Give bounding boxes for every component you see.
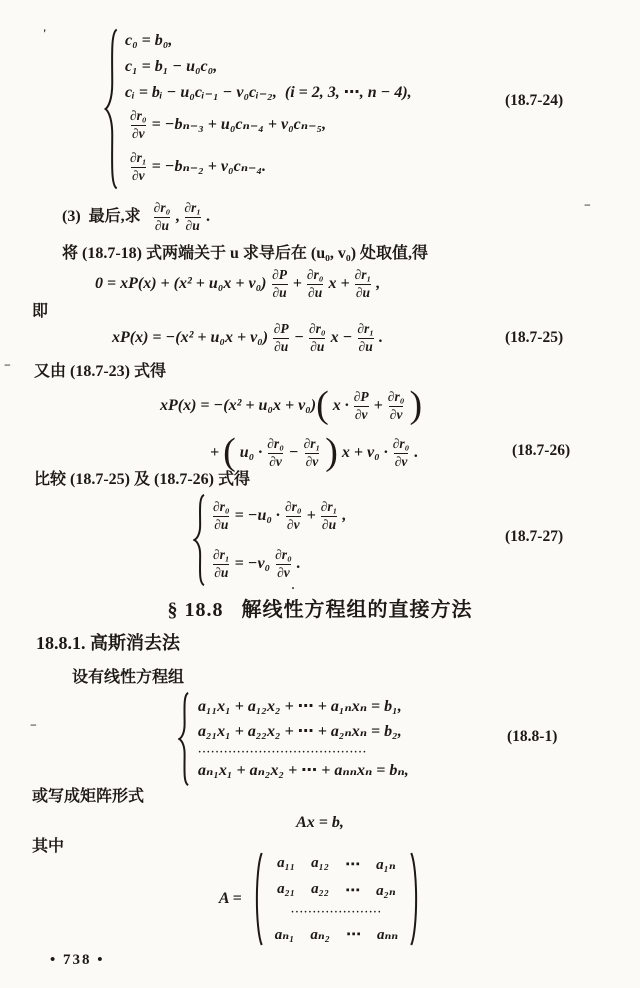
fraction-dr0-dv: ∂r₀∂v [388, 389, 405, 424]
formula-text: a₁₁x₁ + a₁₂x₂ + ⋯ + a₁ₙxₙ = b₁, [198, 696, 402, 718]
paragraph-from-18-7-23: 又由 (18.7-23) 式得 [34, 361, 166, 383]
fraction-numerator: ∂r₁ [130, 150, 147, 167]
ellipsis-row: ····················· [291, 907, 382, 918]
paragraph-compare: 比较 (18.7-25) 及 (18.7-26) 式得 [34, 469, 250, 491]
fraction-denominator: ∂u [154, 217, 170, 235]
punctuation: . [379, 327, 383, 349]
fraction-dP-dv: ∂P∂v [354, 389, 369, 424]
fraction-numerator: ∂r₀ [307, 267, 324, 284]
equation-number-18-7-24: (18.7-24) [505, 92, 563, 110]
fraction-denominator: ∂v [389, 406, 404, 424]
fraction-dr0-du: ∂r₀∂u [213, 499, 230, 534]
period: . [206, 206, 210, 228]
fraction-dr1-du: ∂r₁∂u [184, 200, 201, 235]
formula-text: 0 = xP(x) + (x² + u₀x + v₀) [95, 273, 267, 295]
left-brace [193, 494, 206, 586]
formula-dr0-dv: ∂r₀∂v = −bₙ₋₃ + u₀cₙ₋₄ + v₀cₙ₋₅, [125, 104, 412, 146]
matrix-cell: a₂ₙ [376, 881, 396, 900]
scan-artifact-dash: − [4, 358, 11, 373]
fraction-numerator: ∂r₀ [393, 436, 410, 453]
fraction-dr1-dv: ∂r₁∂v [304, 436, 321, 471]
formula-text: xP(x) = −(x² + u₀x + v₀) [160, 395, 316, 417]
matrix-rows: a₁₁a₁₂⋯a₁ₙ a₂₁a₂₂⋯a₂ₙ ··················… [275, 855, 398, 944]
matrix-lhs: A = [219, 888, 242, 910]
equation-18-7-26-line1: xP(x) = −(x² + u₀x + v₀) ( x · ∂P∂v + ∂r… [160, 383, 422, 429]
fraction-numerator: ∂r₀ [213, 499, 230, 516]
fraction-dP-du: ∂P∂u [273, 321, 289, 356]
fraction-numerator: ∂r₁ [357, 321, 374, 338]
fraction-denominator: ∂v [268, 453, 283, 471]
operator: + [307, 505, 316, 527]
fraction-denominator: ∂u [358, 338, 374, 356]
fraction-denominator: ∂u [185, 217, 201, 235]
fraction-numerator: ∂r₁ [213, 547, 230, 564]
formula-text: x · [329, 395, 349, 417]
equation-18-7-25: xP(x) = −(x² + u₀x + v₀) ∂P∂u − ∂r₀∂u x … [112, 316, 383, 360]
formula-dr1-dv: ∂r₁∂v = −bₙ₋₂ + v₀cₙ₋₄. [125, 146, 412, 188]
fraction-denominator: ∂u [213, 516, 229, 534]
fraction-denominator: ∂v [354, 406, 369, 424]
matrix-cell: aₙ₁ [275, 925, 295, 944]
subsection-heading: 18.8.1. 高斯消去法 [36, 629, 180, 655]
formula-text: c₁ = b₁ − u₀c₀, [125, 56, 217, 78]
formula-text: cᵢ = bᵢ − u₀cᵢ₋₁ − v₀cᵢ₋₂, (i = 2, 3, ⋯,… [125, 82, 412, 104]
fraction-numerator: ∂r₀ [285, 499, 302, 516]
formula-text: u₀ · [236, 442, 262, 464]
punctuation: , [376, 273, 380, 295]
fraction-denominator: ∂v [131, 125, 146, 143]
fraction-numerator: ∂r₀ [388, 389, 405, 406]
formula-ci-recurrence: cᵢ = bᵢ − u₀cᵢ₋₁ − v₀cᵢ₋₂, (i = 2, 3, ⋯,… [125, 82, 412, 104]
fraction-dr0-dv: ∂r₀∂v [393, 436, 410, 471]
equation-ax-equals-b: Ax = b, [0, 812, 640, 834]
equation-block-18-8-1: a₁₁x₁ + a₁₂x₂ + ⋯ + a₁ₙxₙ = b₁, a₂₁x₁ + … [178, 692, 409, 786]
linear-equation-row1: a₁₁x₁ + a₁₂x₂ + ⋯ + a₁ₙxₙ = b₁, [198, 696, 409, 718]
fraction-dr0-dv: ∂r₀∂v [267, 436, 284, 471]
matrix-cell: a₂₂ [311, 881, 329, 900]
equation-number-18-7-25: (18.7-25) [505, 329, 563, 347]
formula-text: = −bₙ₋₃ + u₀cₙ₋₄ + v₀cₙ₋₅, [152, 114, 326, 136]
paragraph-step-3: (3) 最后,求 ∂r₀∂u , ∂r₁∂u . [62, 196, 210, 238]
fraction-dr1-du: ∂r₁∂u [213, 547, 230, 582]
matrix-row: a₁₁a₁₂⋯a₁ₙ [277, 855, 396, 874]
fraction-numerator: ∂r₀ [154, 200, 171, 217]
linear-equation-row2: a₂₁x₁ + a₂₂x₂ + ⋯ + a₂ₙxₙ = b₂, [198, 721, 409, 743]
fraction-denominator: ∂v [305, 453, 320, 471]
fraction-dr0-du: ∂r₀∂u [307, 267, 324, 302]
fraction-dr1-du: ∂r₁∂u [357, 321, 374, 356]
fraction-denominator: ∂v [131, 167, 146, 185]
formula-text: = −bₙ₋₂ + v₀cₙ₋₄. [152, 156, 266, 178]
fraction-denominator: ∂u [355, 284, 371, 302]
scan-artifact-dash: − [30, 718, 37, 733]
formula-dr1-du: ∂r₁∂u = −v₀ ∂r₀∂v . [213, 542, 346, 586]
fraction-denominator: ∂v [276, 564, 291, 582]
matrix-cell: ⋯ [345, 855, 360, 874]
fraction-numerator: ∂r₀ [267, 436, 284, 453]
scan-artifact-tick: ' [43, 26, 46, 41]
formula-text: = −v₀ [235, 553, 271, 575]
fraction-denominator: ∂u [272, 284, 288, 302]
fraction-denominator: ∂u [307, 284, 323, 302]
matrix-row: a₂₁a₂₂⋯a₂ₙ [277, 881, 396, 900]
equation-block-18-7-27: ∂r₀∂u = −u₀ · ∂r₀∂v + ∂r₁∂u , ∂r₁∂u = −v… [193, 494, 346, 586]
equation-block-18-7-24: c₀ = b₀, c₁ = b₁ − u₀c₀, cᵢ = bᵢ − u₀cᵢ₋… [104, 28, 412, 190]
fraction-denominator: ∂v [286, 516, 301, 534]
fraction-numerator: ∂r₁ [355, 267, 372, 284]
punctuation: , [342, 505, 346, 527]
matrix-cell: ⋯ [345, 881, 360, 900]
matrix-cell: aₙ₂ [310, 925, 330, 944]
formula-text: x + [328, 273, 349, 295]
formula-dr0-du: ∂r₀∂u = −u₀ · ∂r₀∂v + ∂r₁∂u , [213, 494, 346, 538]
left-brace [178, 692, 190, 786]
fraction-dr0-dv: ∂r₀∂v [130, 108, 147, 143]
scan-artifact-dash: − [584, 198, 591, 213]
matrix-cell: a₁₁ [277, 855, 295, 874]
fraction-numerator: ∂r₁ [304, 436, 321, 453]
formula-text: x + v₀ · [338, 442, 388, 464]
matrix-cell: a₁₂ [311, 855, 329, 874]
fraction-numerator: ∂r₀ [309, 321, 326, 338]
fraction-numerator: ∂r₁ [321, 499, 338, 516]
formula-text: a₂₁x₁ + a₂₂x₂ + ⋯ + a₂ₙxₙ = b₂, [198, 721, 402, 743]
equation-zero-xpx: 0 = xP(x) + (x² + u₀x + v₀) ∂P∂u + ∂r₀∂u… [95, 262, 380, 306]
scanned-book-page: ' − − · − c₀ = b₀, c₁ = b₁ − u₀c₀, cᵢ = … [0, 0, 640, 988]
formula-text: c₀ = b₀, [125, 30, 172, 52]
fraction-numerator: ∂P [354, 389, 369, 406]
fraction-denominator: ∂u [273, 338, 289, 356]
matrix-cell: a₂₁ [277, 881, 295, 900]
matrix-cell: ⋯ [346, 925, 361, 944]
formula-text: aₙ₁x₁ + aₙ₂x₂ + ⋯ + aₙₙxₙ = bₙ, [198, 760, 409, 782]
ellipsis-row: ······································· [198, 747, 409, 758]
formula-text: xP(x) = −(x² + u₀x + v₀) [112, 327, 268, 349]
matrix-cell: aₙₙ [377, 925, 398, 944]
punctuation: . [414, 442, 418, 464]
equation-number-18-7-27: (18.7-27) [505, 528, 563, 546]
fraction-denominator: ∂v [394, 453, 409, 471]
operator: − [289, 442, 299, 464]
matrix-a-definition: A = a₁₁a₁₂⋯a₁ₙ a₂₁a₂₂⋯a₂ₙ ··············… [0, 852, 640, 946]
matrix-cell: a₁ₙ [376, 855, 396, 874]
fraction-denominator: ∂u [309, 338, 325, 356]
fraction-numerator: ∂r₁ [184, 200, 201, 217]
formula-c1: c₁ = b₁ − u₀c₀, [125, 56, 412, 78]
fraction-numerator: ∂r₀ [130, 108, 147, 125]
left-brace [104, 28, 119, 190]
fraction-dr0-du: ∂r₀∂u [309, 321, 326, 356]
fraction-denominator: ∂u [321, 516, 337, 534]
label-namely: 即 [32, 301, 48, 323]
fraction-dr1-du: ∂r₁∂u [355, 267, 372, 302]
page-number: • 738 • [50, 952, 105, 969]
section-heading: § 18.8 解线性方程组的直接方法 [0, 593, 640, 622]
paragraph-matrix-form: 或写成矩阵形式 [32, 786, 144, 808]
formula-text: x − [331, 327, 353, 349]
operator: + [210, 442, 223, 464]
formula-text: = −u₀ · [235, 505, 280, 527]
paragraph-intro-linear-system: 设有线性方程组 [72, 667, 184, 689]
separator: , [175, 206, 179, 228]
equation-number-18-7-26: (18.7-26) [512, 442, 570, 460]
linear-equation-rown: aₙ₁x₁ + aₙ₂x₂ + ⋯ + aₙₙxₙ = bₙ, [198, 760, 409, 782]
fraction-numerator: ∂P [274, 321, 289, 338]
fraction-dr0-dv: ∂r₀∂v [275, 547, 292, 582]
left-paren [252, 852, 265, 946]
equation-number-18-8-1: (18.8-1) [507, 728, 557, 746]
fraction-dP-du: ∂P∂u [272, 267, 288, 302]
formula-text: Ax = b, [296, 812, 344, 834]
fraction-denominator: ∂u [213, 564, 229, 582]
matrix-row: aₙ₁aₙ₂⋯aₙₙ [275, 925, 398, 944]
operator: + [293, 273, 302, 295]
fraction-dr1-dv: ∂r₁∂v [130, 150, 147, 185]
fraction-numerator: ∂P [272, 267, 287, 284]
operator: + [374, 395, 383, 417]
formula-text: A = [219, 888, 242, 910]
fraction-dr0-du: ∂r₀∂u [154, 200, 171, 235]
paragraph-text: (3) 最后,求 [62, 206, 149, 228]
fraction-dr0-dv: ∂r₀∂v [285, 499, 302, 534]
punctuation: . [297, 553, 301, 575]
fraction-dr1-du: ∂r₁∂u [321, 499, 338, 534]
operator: − [294, 327, 304, 349]
fraction-numerator: ∂r₀ [275, 547, 292, 564]
formula-c0: c₀ = b₀, [125, 30, 412, 52]
right-paren [408, 852, 421, 946]
